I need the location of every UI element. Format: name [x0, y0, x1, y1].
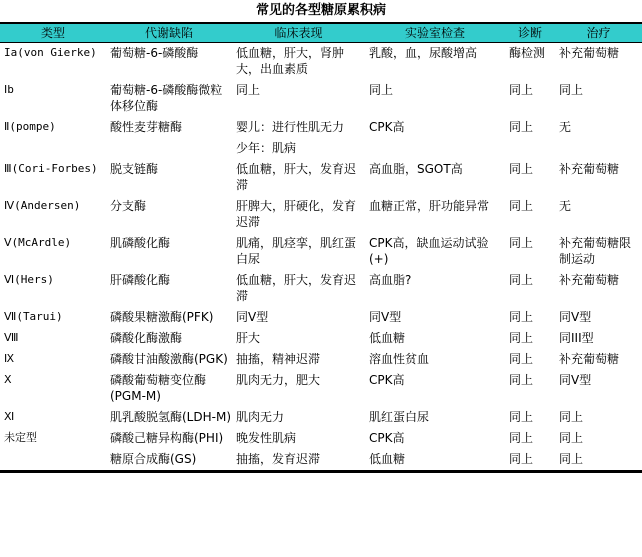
cell-defect	[106, 138, 232, 159]
cell-defect: 磷酸己糖异构酶(PHI)	[106, 428, 232, 449]
cell-treatment: 无	[555, 117, 642, 138]
cell-lab: CPK高	[365, 428, 505, 449]
cell-clinical: 晚发性肌病	[232, 428, 365, 449]
cell-diagnosis: 同上	[505, 307, 555, 328]
cell-lab: 溶血性贫血	[365, 349, 505, 370]
column-header-lab: 实验室检查	[365, 23, 505, 43]
cell-lab: CPK高，缺血运动试验(+)	[365, 233, 505, 270]
cell-type: Ia(von Gierke)	[0, 43, 106, 81]
cell-type: Ⅴ(McArdle)	[0, 233, 106, 270]
cell-type: Ⅳ(Andersen)	[0, 196, 106, 233]
cell-diagnosis: 同上	[505, 328, 555, 349]
column-header-diagnosis: 诊断	[505, 23, 555, 43]
cell-diagnosis: 同上	[505, 449, 555, 472]
table-row: Ⅺ肌乳酸脱氢酶(LDH-M)肌肉无力肌红蛋白尿同上同上	[0, 407, 642, 428]
cell-diagnosis: 同上	[505, 233, 555, 270]
cell-type: Ⅱ(pompe)	[0, 117, 106, 138]
cell-clinical: 肌肉无力，肥大	[232, 370, 365, 407]
cell-lab: 肌红蛋白尿	[365, 407, 505, 428]
glycogen-storage-disease-table: 类型 代谢缺陷 临床表现 实验室检查 诊断 治疗 Ia(von Gierke)葡…	[0, 22, 642, 473]
cell-diagnosis: 同上	[505, 349, 555, 370]
column-header-type: 类型	[0, 23, 106, 43]
cell-treatment: 同上	[555, 428, 642, 449]
table-row: Ⅲ(Cori-Forbes)脱支链酶低血糖，肝大，发育迟滞高血脂，SGOT高同上…	[0, 159, 642, 196]
cell-clinical: 低血糖，肝大，发育迟滞	[232, 270, 365, 307]
table-row: 少年：肌病	[0, 138, 642, 159]
cell-treatment: 同上	[555, 80, 642, 117]
table-row: Ⅱ(pompe)酸性麦芽糖酶婴儿：进行性肌无力CPK高同上无	[0, 117, 642, 138]
column-header-treatment: 治疗	[555, 23, 642, 43]
cell-type: Ⅲ(Cori-Forbes)	[0, 159, 106, 196]
cell-diagnosis: 同上	[505, 428, 555, 449]
header-row: 类型 代谢缺陷 临床表现 实验室检查 诊断 治疗	[0, 23, 642, 43]
cell-type: Ⅶ(Tarui)	[0, 307, 106, 328]
cell-defect: 葡萄糖-6-磷酸酶微粒体移位酶	[106, 80, 232, 117]
cell-treatment: 补充葡萄糖	[555, 159, 642, 196]
cell-treatment: 同上	[555, 407, 642, 428]
cell-type: Ⅰb	[0, 80, 106, 117]
table-row: Ⅵ(Hers)肝磷酸化酶低血糖，肝大，发育迟滞高血脂?同上补充葡萄糖	[0, 270, 642, 307]
cell-lab: 高血脂，SGOT高	[365, 159, 505, 196]
cell-lab: 低血糖	[365, 449, 505, 472]
cell-clinical: 肌痛，肌痉挛，肌红蛋白尿	[232, 233, 365, 270]
cell-lab: 乳酸，血，尿酸增高	[365, 43, 505, 81]
table-row: 未定型磷酸己糖异构酶(PHI)晚发性肌病CPK高同上同上	[0, 428, 642, 449]
table-row: Ia(von Gierke)葡萄糖-6-磷酸酶低血糖，肝大，肾肿大，出血素质乳酸…	[0, 43, 642, 81]
cell-lab: 低血糖	[365, 328, 505, 349]
table-row: Ⅶ(Tarui)磷酸果糖激酶(PFK)同Ⅴ型同Ⅴ型同上同Ⅴ型	[0, 307, 642, 328]
cell-treatment: 无	[555, 196, 642, 233]
table-row: Ⅰb葡萄糖-6-磷酸酶微粒体移位酶同上同上同上同上	[0, 80, 642, 117]
cell-diagnosis: 同上	[505, 117, 555, 138]
cell-type	[0, 138, 106, 159]
cell-treatment: 同III型	[555, 328, 642, 349]
cell-defect: 磷酸果糖激酶(PFK)	[106, 307, 232, 328]
cell-diagnosis: 同上	[505, 196, 555, 233]
cell-clinical: 肝脾大，肝硬化，发育迟滞	[232, 196, 365, 233]
cell-type: Ⅹ	[0, 370, 106, 407]
cell-clinical: 抽搐，发育迟滞	[232, 449, 365, 472]
cell-diagnosis: 同上	[505, 270, 555, 307]
cell-clinical: 少年：肌病	[232, 138, 365, 159]
cell-type: Ⅸ	[0, 349, 106, 370]
cell-defect: 脱支链酶	[106, 159, 232, 196]
cell-lab: CPK高	[365, 370, 505, 407]
cell-type: Ⅺ	[0, 407, 106, 428]
cell-lab: CPK高	[365, 117, 505, 138]
cell-defect: 葡萄糖-6-磷酸酶	[106, 43, 232, 81]
cell-diagnosis: 同上	[505, 159, 555, 196]
cell-defect: 糖原合成酶(GS)	[106, 449, 232, 472]
cell-treatment: 补充葡萄糖	[555, 270, 642, 307]
column-header-defect: 代谢缺陷	[106, 23, 232, 43]
cell-lab: 血糖正常，肝功能异常	[365, 196, 505, 233]
table-row: Ⅷ磷酸化酶激酶肝大低血糖同上同III型	[0, 328, 642, 349]
cell-treatment: 补充葡萄糖	[555, 349, 642, 370]
column-header-clinical: 临床表现	[232, 23, 365, 43]
cell-type: Ⅵ(Hers)	[0, 270, 106, 307]
table-row: 糖原合成酶(GS)抽搐，发育迟滞低血糖同上同上	[0, 449, 642, 472]
cell-lab: 高血脂?	[365, 270, 505, 307]
cell-type	[0, 449, 106, 472]
cell-defect: 酸性麦芽糖酶	[106, 117, 232, 138]
cell-diagnosis: 酶检测	[505, 43, 555, 81]
cell-lab	[365, 138, 505, 159]
cell-defect: 肝磷酸化酶	[106, 270, 232, 307]
cell-diagnosis: 同上	[505, 80, 555, 117]
cell-defect: 分支酶	[106, 196, 232, 233]
cell-defect: 磷酸葡萄糖变位酶(PGM-M)	[106, 370, 232, 407]
cell-defect: 肌磷酸化酶	[106, 233, 232, 270]
table-row: Ⅸ磷酸甘油酸激酶(PGK)抽搐，精神迟滞溶血性贫血同上补充葡萄糖	[0, 349, 642, 370]
table-row: Ⅳ(Andersen)分支酶肝脾大，肝硬化，发育迟滞血糖正常，肝功能异常同上无	[0, 196, 642, 233]
table-title: 常见的各型糖原累积病	[0, 2, 642, 20]
cell-treatment: 补充葡萄糖	[555, 43, 642, 81]
cell-clinical: 肝大	[232, 328, 365, 349]
cell-treatment	[555, 138, 642, 159]
cell-clinical: 同上	[232, 80, 365, 117]
cell-type: 未定型	[0, 428, 106, 449]
cell-defect: 磷酸化酶激酶	[106, 328, 232, 349]
cell-clinical: 肌肉无力	[232, 407, 365, 428]
cell-diagnosis	[505, 138, 555, 159]
cell-diagnosis: 同上	[505, 407, 555, 428]
cell-clinical: 抽搐，精神迟滞	[232, 349, 365, 370]
cell-clinical: 低血糖，肝大，肾肿大，出血素质	[232, 43, 365, 81]
cell-treatment: 同Ⅴ型	[555, 307, 642, 328]
table-row: Ⅴ(McArdle)肌磷酸化酶肌痛，肌痉挛，肌红蛋白尿CPK高，缺血运动试验(+…	[0, 233, 642, 270]
cell-defect: 磷酸甘油酸激酶(PGK)	[106, 349, 232, 370]
cell-type: Ⅷ	[0, 328, 106, 349]
table-row: Ⅹ磷酸葡萄糖变位酶(PGM-M)肌肉无力，肥大CPK高同上同Ⅴ型	[0, 370, 642, 407]
cell-treatment: 同Ⅴ型	[555, 370, 642, 407]
cell-lab: 同Ⅴ型	[365, 307, 505, 328]
cell-clinical: 低血糖，肝大，发育迟滞	[232, 159, 365, 196]
cell-treatment: 补充葡萄糖限制运动	[555, 233, 642, 270]
cell-clinical: 同Ⅴ型	[232, 307, 365, 328]
cell-diagnosis: 同上	[505, 370, 555, 407]
cell-clinical: 婴儿：进行性肌无力	[232, 117, 365, 138]
cell-lab: 同上	[365, 80, 505, 117]
cell-defect: 肌乳酸脱氢酶(LDH-M)	[106, 407, 232, 428]
cell-treatment: 同上	[555, 449, 642, 472]
